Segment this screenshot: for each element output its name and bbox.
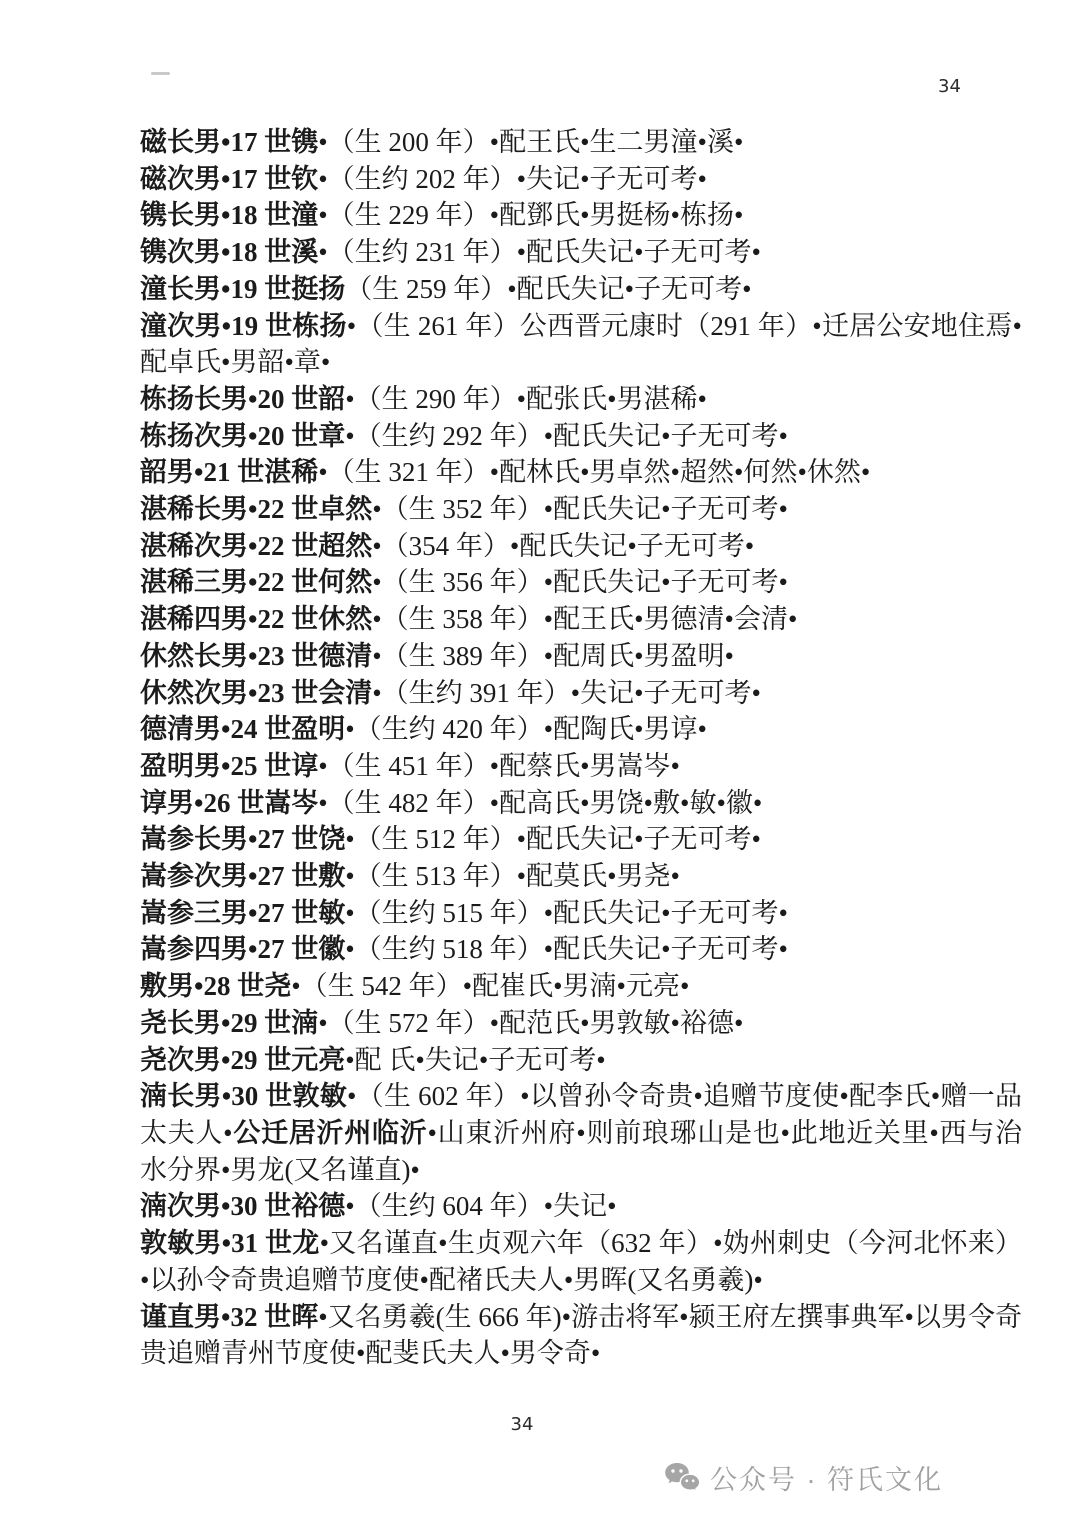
- entry-name-prefix: 湛稀四男•22 世休然: [140, 604, 372, 634]
- entry-name-prefix: 谨直男•32 世晖: [140, 1302, 318, 1332]
- genealogy-entry: 磁次男•17 世钦•（生约 202 年）•失记•子无可考•: [140, 161, 1022, 198]
- entry-detail: •（生 358 年）•配王氏•男德清•会清•: [372, 604, 797, 634]
- wechat-icon: [664, 1461, 700, 1495]
- entry-detail: •（生约 231 年）•配氏失记•子无可考•: [318, 237, 761, 267]
- entry-detail: •（354 年）•配氏失记•子无可考•: [372, 531, 754, 561]
- entry-name-prefix: 嵩参三男•27 世敏: [140, 898, 345, 928]
- genealogy-entry: 嵩参四男•27 世徽•（生约 518 年）•配氏失记•子无可考•: [140, 931, 1022, 968]
- genealogy-entry: 休然次男•23 世会清•（生约 391 年）•失记•子无可考•: [140, 675, 1022, 712]
- genealogy-entry: 湛稀长男•22 世卓然•（生 352 年）•配氏失记•子无可考•: [140, 491, 1022, 528]
- genealogy-entry: 潼次男•19 世栋扬•（生 261 年）公西晋元康时（291 年）•迁居公安地住…: [140, 308, 1022, 381]
- genealogy-entry: 嵩参长男•27 世饶•（生 512 年）•配氏失记•子无可考•: [140, 821, 1022, 858]
- entry-detail: •（生约 202 年）•失记•子无可考•: [318, 164, 707, 194]
- genealogy-entry: 湛稀三男•22 世何然•（生 356 年）•配氏失记•子无可考•: [140, 564, 1022, 601]
- watermark: 公众号 · 符氏文化: [664, 1458, 943, 1497]
- genealogy-entry: 湳长男•30 世敦敏•（生 602 年）•以曾孙令奇贵•追赠节度使•配李氏•赠一…: [140, 1078, 1022, 1188]
- entry-detail: •（生约 515 年）•配氏失记•子无可考•: [345, 898, 788, 928]
- entry-detail: •（生 356 年）•配氏失记•子无可考•: [372, 567, 788, 597]
- entry-name-prefix: 盈明男•25 世谆: [140, 751, 318, 781]
- entry-name-prefix: 尧次男•29 世元亮: [140, 1045, 345, 1075]
- entry-detail: •（生 321 年）•配林氏•男卓然•超然•何然•休然•: [318, 457, 870, 487]
- entry-detail: •配 氏•失记•子无可考•: [345, 1045, 606, 1075]
- entry-name-prefix: 尧长男•29 世湳: [140, 1008, 318, 1038]
- watermark-label: 公众号 · 符氏文化: [710, 1458, 943, 1497]
- entry-detail: •（生约 292 年）•配氏失记•子无可考•: [345, 421, 788, 451]
- genealogy-entry: 湳次男•30 世裕德•（生约 604 年）•失记•: [140, 1188, 1022, 1225]
- entry-name-prefix: 休然长男•23 世德清: [140, 641, 372, 671]
- genealogy-entry: 敦敏男•31 世龙•又名谨直•生贞观六年（632 年）•妫州刺史（今河北怀来）•…: [140, 1225, 1022, 1298]
- entry-name-prefix: 潼长男•19 世挺扬: [140, 274, 345, 304]
- entry-name-prefix: 栋扬次男•20 世章: [140, 421, 345, 451]
- genealogy-entry: 镌次男•18 世溪•（生约 231 年）•配氏失记•子无可考•: [140, 234, 1022, 271]
- entry-detail: •（生 352 年）•配氏失记•子无可考•: [372, 494, 788, 524]
- entry-name-prefix: 敦敏男•31 世龙: [140, 1228, 320, 1258]
- genealogy-entry: 尧长男•29 世湳•（生 572 年）•配范氏•男敦敏•裕德•: [140, 1005, 1022, 1042]
- entry-name-prefix: 潼次男•19 世栋扬: [140, 311, 347, 341]
- genealogy-entry: 德清男•24 世盈明•（生约 420 年）•配陶氏•男谆•: [140, 711, 1022, 748]
- entry-name-prefix: 湛稀长男•22 世卓然: [140, 494, 372, 524]
- entry-detail: •（生 290 年）•配张氏•男湛稀•: [345, 384, 707, 414]
- entry-name-prefix: 休然次男•23 世会清: [140, 678, 372, 708]
- entry-detail: •（生 572 年）•配范氏•男敦敏•裕德•: [318, 1008, 743, 1038]
- entry-detail: •（生约 604 年）•失记•: [345, 1191, 616, 1221]
- entry-name-prefix: 嵩参次男•27 世敷: [140, 861, 345, 891]
- entry-name-prefix: 谆男•26 世嵩岑: [140, 788, 318, 818]
- entry-name-prefix: 湳长男•30 世敦敏: [140, 1081, 347, 1111]
- entry-name-prefix: 镌长男•18 世潼: [140, 200, 318, 230]
- genealogy-entry: 谨直男•32 世晖•又名勇羲(生 666 年)•游击将军•颍王府左撰事典军•以男…: [140, 1299, 1022, 1372]
- genealogy-entry: 韶男•21 世湛稀•（生 321 年）•配林氏•男卓然•超然•何然•休然•: [140, 454, 1022, 491]
- entry-name-prefix: 栋扬长男•20 世韶: [140, 384, 345, 414]
- entry-detail: •（生 451 年）•配蔡氏•男嵩岑•: [318, 751, 680, 781]
- entry-detail: （生 259 年）•配氏失记•子无可考•: [345, 274, 751, 304]
- entry-detail: •（生约 518 年）•配氏失记•子无可考•: [345, 934, 788, 964]
- genealogy-entry: 敷男•28 世尧•（生 542 年）•配崔氏•男湳•元亮•: [140, 968, 1022, 1005]
- entry-name-prefix: 嵩参长男•27 世饶: [140, 824, 345, 854]
- entry-name-prefix: 德清男•24 世盈明: [140, 714, 345, 744]
- entry-name-prefix: 湛稀次男•22 世超然: [140, 531, 372, 561]
- entry-name-prefix: 磁次男•17 世钦: [140, 164, 318, 194]
- genealogy-list: 磁长男•17 世镌•（生 200 年）•配王氏•生二男潼•溪•磁次男•17 世钦…: [140, 124, 1022, 1372]
- genealogy-entry: 嵩参次男•27 世敷•（生 513 年）•配莫氏•男尧•: [140, 858, 1022, 895]
- entry-name-prefix: 磁长男•17 世镌: [140, 127, 318, 157]
- genealogy-entry: 谆男•26 世嵩岑•（生 482 年）•配高氏•男饶•敷•敏•徽•: [140, 785, 1022, 822]
- entry-name-prefix: 镌次男•18 世溪: [140, 237, 318, 267]
- genealogy-entry: 潼长男•19 世挺扬（生 259 年）•配氏失记•子无可考•: [140, 271, 1022, 308]
- entry-detail: •（生 513 年）•配莫氏•男尧•: [345, 861, 680, 891]
- genealogy-entry: 栋扬次男•20 世章•（生约 292 年）•配氏失记•子无可考•: [140, 418, 1022, 455]
- entry-detail: •（生 542 年）•配崔氏•男湳•元亮•: [291, 971, 689, 1001]
- genealogy-entry: 湛稀次男•22 世超然•（354 年）•配氏失记•子无可考•: [140, 528, 1022, 565]
- genealogy-entry: 栋扬长男•20 世韶•（生 290 年）•配张氏•男湛稀•: [140, 381, 1022, 418]
- entry-detail: •（生 200 年）•配王氏•生二男潼•溪•: [318, 127, 743, 157]
- page-number-top: 34: [938, 76, 978, 97]
- entry-detail: •（生 229 年）•配鄧氏•男挺杨•栋扬•: [318, 200, 743, 230]
- genealogy-entry: 湛稀四男•22 世休然•（生 358 年）•配王氏•男德清•会清•: [140, 601, 1022, 638]
- genealogy-entry: 盈明男•25 世谆•（生 451 年）•配蔡氏•男嵩岑•: [140, 748, 1022, 785]
- page-number-bottom: 34: [500, 1414, 544, 1435]
- genealogy-entry: 镌长男•18 世潼•（生 229 年）•配鄧氏•男挺杨•栋扬•: [140, 197, 1022, 234]
- entry-name-prefix: 湳次男•30 世裕德: [140, 1191, 345, 1221]
- entry-detail: •（生约 391 年）•失记•子无可考•: [372, 678, 761, 708]
- entry-detail: •（生 482 年）•配高氏•男饶•敷•敏•徽•: [318, 788, 762, 818]
- header-dash: [151, 72, 170, 75]
- entry-name-prefix: 嵩参四男•27 世徽: [140, 934, 345, 964]
- entry-name-prefix: 韶男•21 世湛稀: [140, 457, 318, 487]
- genealogy-entry: 嵩参三男•27 世敏•（生约 515 年）•配氏失记•子无可考•: [140, 895, 1022, 932]
- entry-detail: •（生 512 年）•配氏失记•子无可考•: [345, 824, 761, 854]
- entry-detail: •（生约 420 年）•配陶氏•男谆•: [345, 714, 707, 744]
- entry-name-prefix: 公迁居沂州临沂: [233, 1118, 428, 1148]
- entry-name-prefix: 湛稀三男•22 世何然: [140, 567, 372, 597]
- genealogy-entry: 休然长男•23 世德清•（生 389 年）•配周氏•男盈明•: [140, 638, 1022, 675]
- entry-name-prefix: 敷男•28 世尧: [140, 971, 291, 1001]
- genealogy-entry: 磁长男•17 世镌•（生 200 年）•配王氏•生二男潼•溪•: [140, 124, 1022, 161]
- genealogy-entry: 尧次男•29 世元亮•配 氏•失记•子无可考•: [140, 1042, 1022, 1079]
- entry-detail: •（生 389 年）•配周氏•男盈明•: [372, 641, 734, 671]
